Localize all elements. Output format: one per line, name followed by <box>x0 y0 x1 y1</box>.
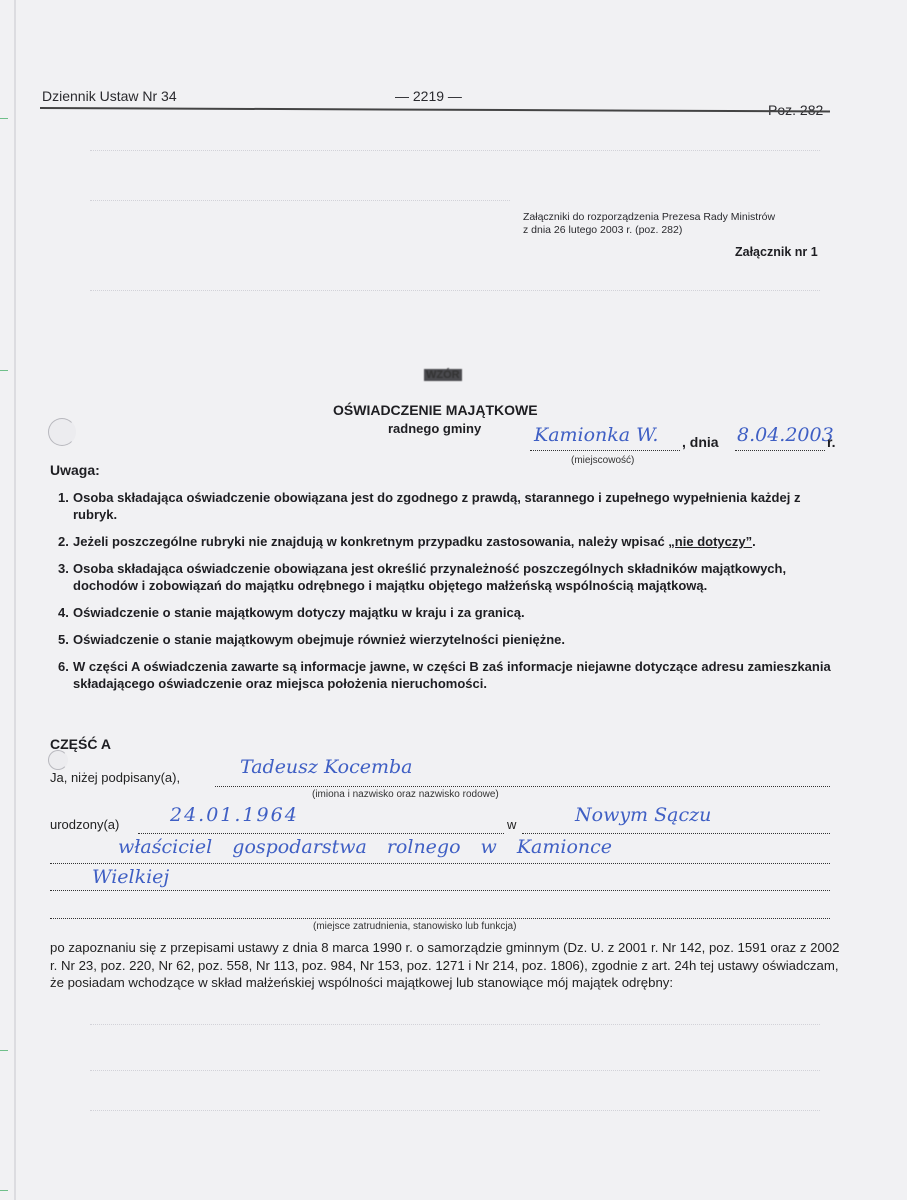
note-item: 2. Jeżeli poszczególne rubryki nie znajd… <box>58 533 838 550</box>
margin-mark <box>0 118 8 119</box>
bleed-through-line <box>90 1110 820 1111</box>
punch-hole <box>48 418 76 446</box>
born-label: urodzony(a) <box>50 817 119 832</box>
note-text: W części A oświadczenia zawarte są infor… <box>70 658 838 692</box>
page-edge <box>14 0 16 1200</box>
crossed-out-stamp: WZÓR <box>424 369 462 381</box>
date-value: 8.04.2003 <box>737 424 834 446</box>
place-value: Kamionka W. <box>534 424 658 446</box>
born-in-label: w <box>507 817 516 832</box>
bleed-through-line <box>90 1070 820 1071</box>
bleed-through-line <box>90 1024 820 1025</box>
note-item: 3. Osoba składająca oświadczenie obowiąz… <box>58 560 838 594</box>
signer-caption: (imiona i nazwisko oraz nazwisko rodowe) <box>312 789 499 800</box>
attachment-reference: Załączniki do rozporządzenia Prezesa Rad… <box>523 211 775 237</box>
place-field[interactable]: Kamionka W. <box>530 430 680 451</box>
header-rule <box>40 107 830 112</box>
note-text: Osoba składająca oświadczenie obowiązana… <box>70 489 838 523</box>
notes-list: 1. Osoba składająca oświadczenie obowiąz… <box>58 489 838 702</box>
note-item: 1. Osoba składająca oświadczenie obowiąz… <box>58 489 838 523</box>
date-label: , dnia <box>682 434 719 450</box>
note-item: 6. W części A oświadczenia zawarte są in… <box>58 658 838 692</box>
signer-name-value: Tadeusz Kocemba <box>240 756 412 778</box>
note-text: Oświadczenie o stanie majątkowym dotyczy… <box>70 604 838 621</box>
form-title: OŚWIADCZENIE MAJĄTKOWE <box>333 402 538 418</box>
note-emphasis: „nie dotyczy” <box>668 534 752 549</box>
note-number: 2. <box>58 533 70 550</box>
attachment-line-2: z dnia 26 lutego 2003 r. (poz. 282) <box>523 224 775 237</box>
bleed-through-line <box>90 150 820 151</box>
note-number: 4. <box>58 604 70 621</box>
attachment-number: Załącznik nr 1 <box>735 245 818 259</box>
place-caption: (miejscowość) <box>571 455 634 466</box>
employment-caption: (miejsce zatrudnienia, stanowisko lub fu… <box>313 921 516 932</box>
date-field[interactable]: 8.04.2003 <box>735 430 825 451</box>
margin-mark <box>0 1190 8 1191</box>
margin-mark <box>0 1050 8 1051</box>
note-item: 5. Oświadczenie o stanie majątkowym obej… <box>58 631 838 648</box>
bleed-through-line <box>90 290 820 291</box>
form-subtitle: radnego gminy <box>388 421 481 436</box>
employment-field-line-3[interactable] <box>50 904 830 919</box>
note-item: 4. Oświadczenie o stanie majątkowym doty… <box>58 604 838 621</box>
note-text-main: Jeżeli poszczególne rubryki nie znajdują… <box>73 534 668 549</box>
employment-value-line-2: Wielkiej <box>92 866 169 888</box>
birth-place-value: Nowym Sączu <box>575 804 711 826</box>
page-number: — 2219 — <box>395 88 462 104</box>
note-number: 6. <box>58 658 70 692</box>
declaration-text: po zapoznaniu się z przepisami ustawy z … <box>50 939 840 992</box>
note-number: 3. <box>58 560 70 594</box>
note-text: Oświadczenie o stanie majątkowym obejmuj… <box>70 631 838 648</box>
note-number: 5. <box>58 631 70 648</box>
bleed-through-line <box>90 200 510 201</box>
part-a-heading: CZĘŚĆ A <box>50 736 111 752</box>
note-text: Osoba składająca oświadczenie obowiązana… <box>70 560 838 594</box>
note-number: 1. <box>58 489 70 523</box>
birth-date-value: 24.01.1964 <box>170 804 299 826</box>
signer-label: Ja, niżej podpisany(a), <box>50 770 180 785</box>
punch-hole <box>48 750 68 770</box>
note-text-tail: . <box>752 534 756 549</box>
margin-mark <box>0 370 8 371</box>
journal-title: Dziennik Ustaw Nr 34 <box>42 88 177 104</box>
notes-heading: Uwaga: <box>50 462 100 478</box>
attachment-line-1: Załączniki do rozporządzenia Prezesa Rad… <box>523 211 775 224</box>
date-suffix: r. <box>827 434 836 450</box>
employment-value-line-1: właściciel gospodarstwa rolnego w Kamion… <box>118 836 612 858</box>
note-text: Jeżeli poszczególne rubryki nie znajdują… <box>70 533 838 550</box>
